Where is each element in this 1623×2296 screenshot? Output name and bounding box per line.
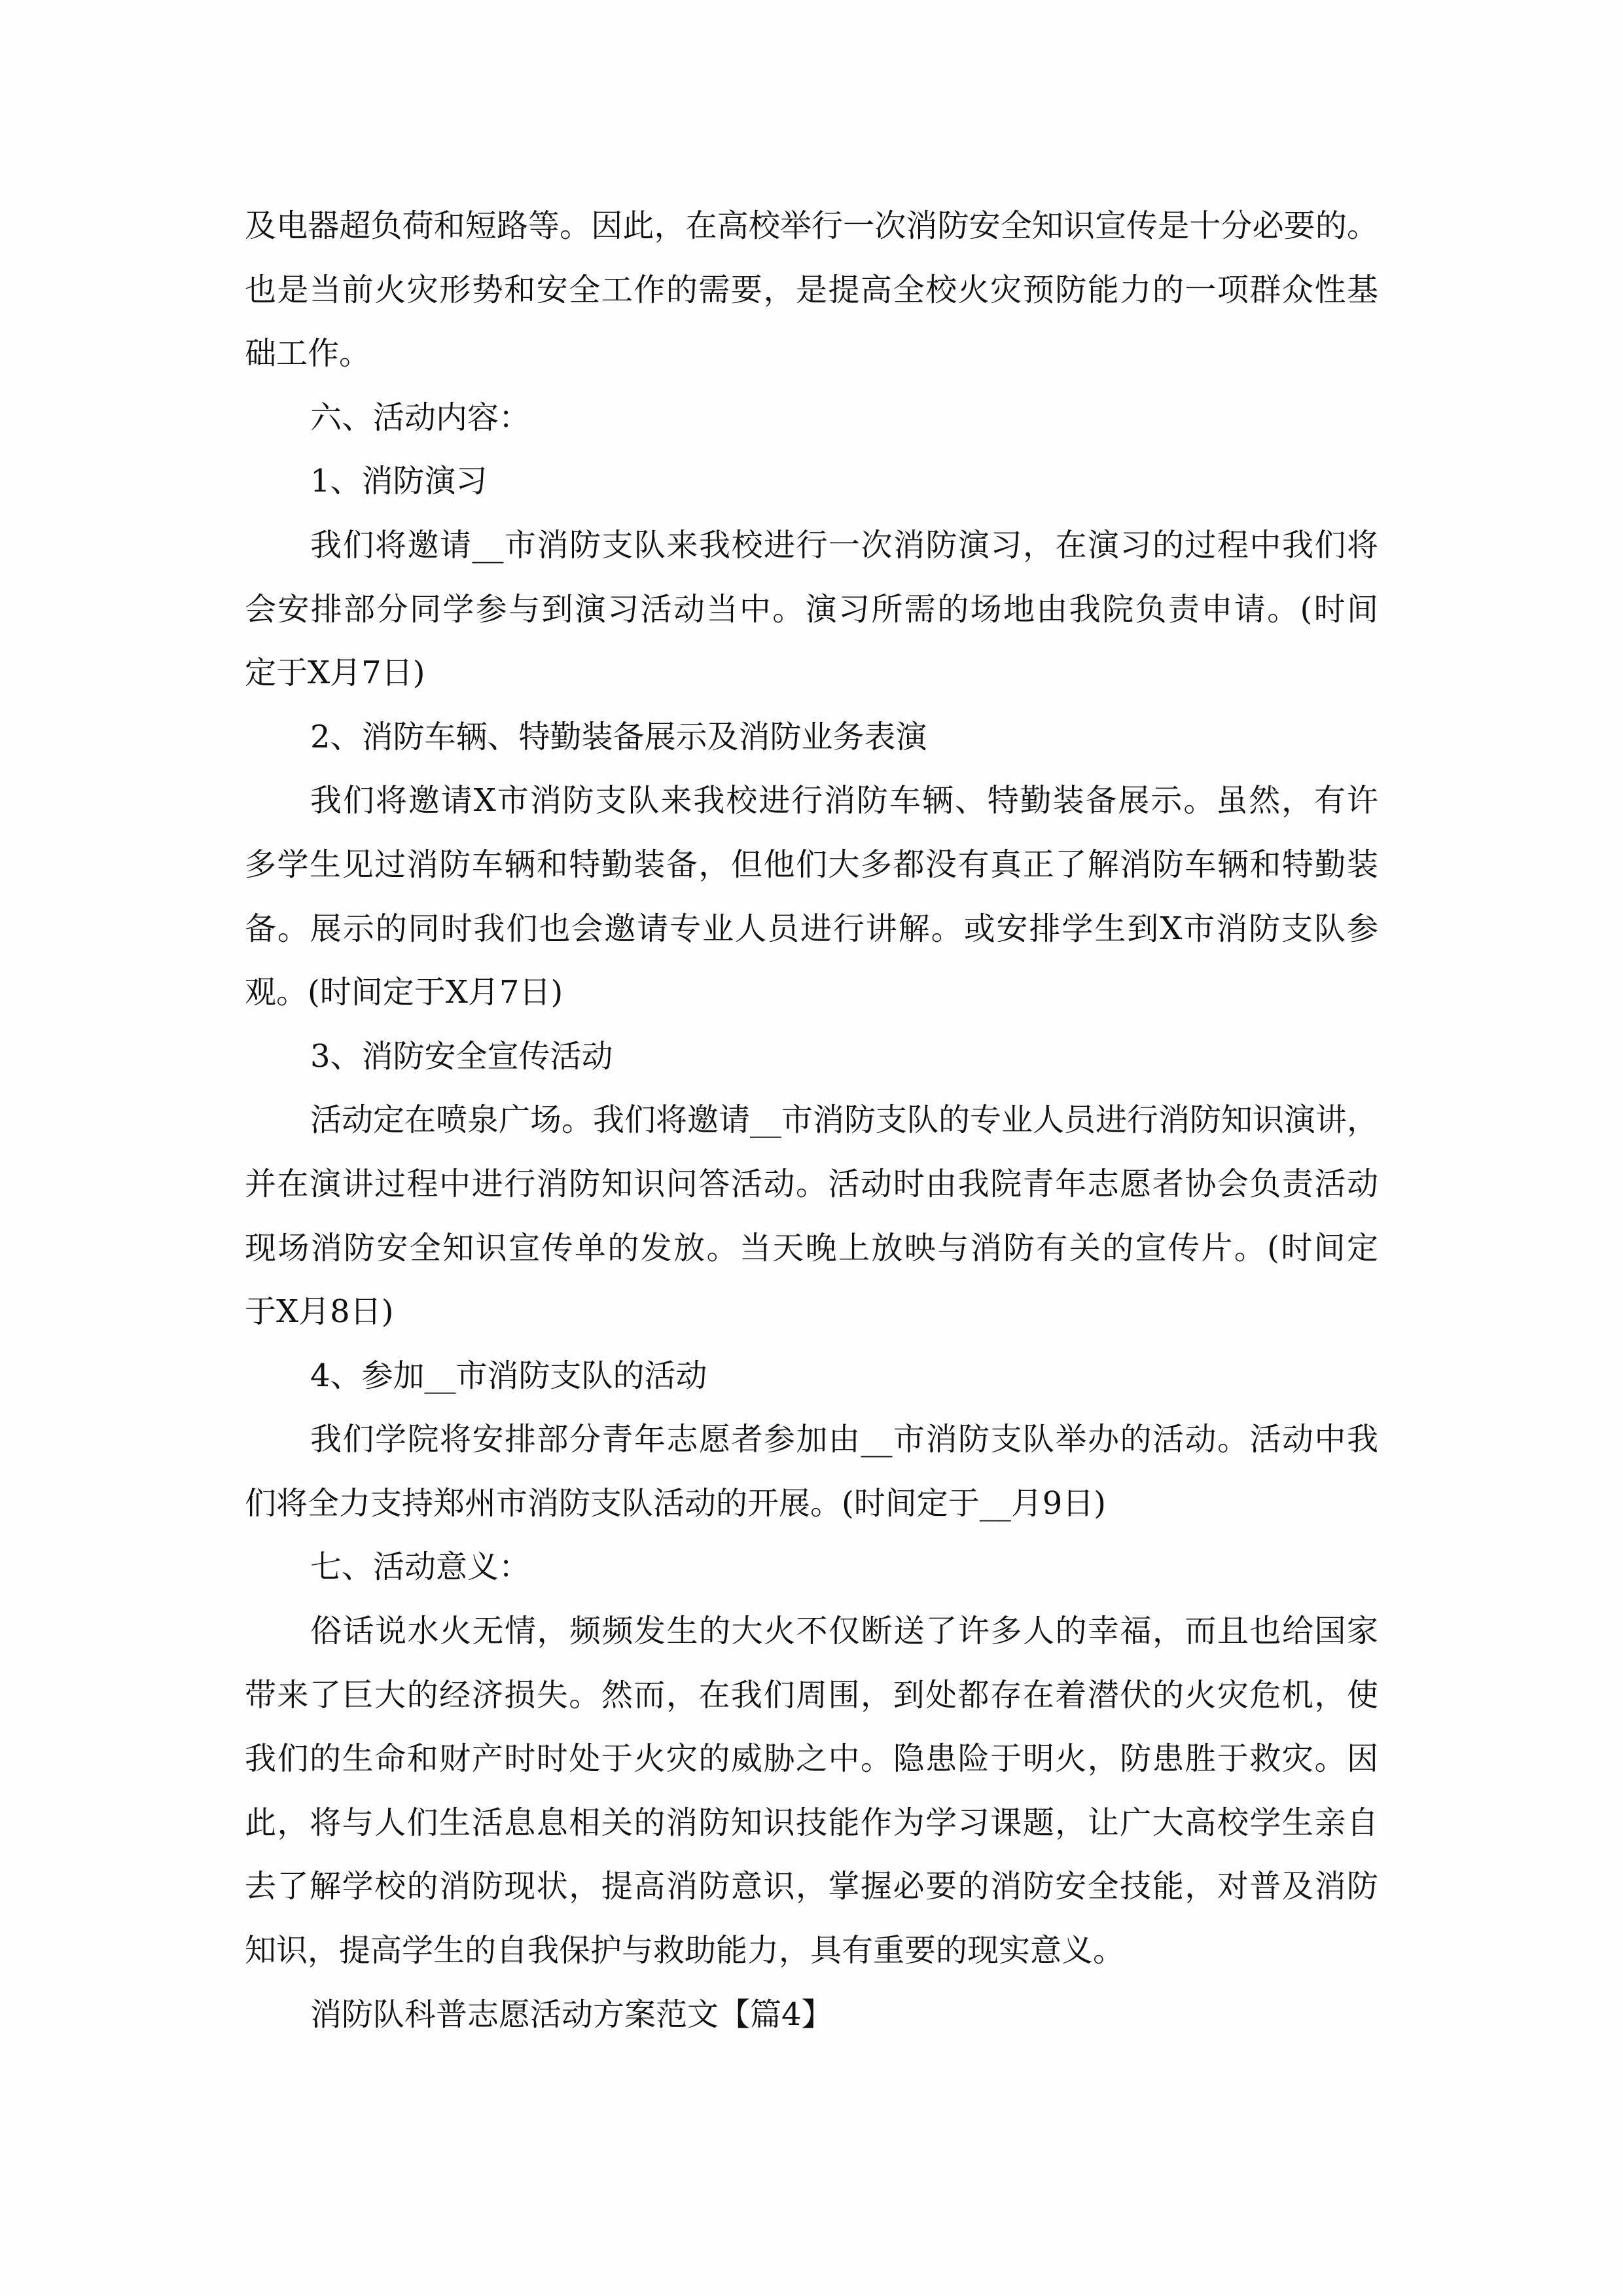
paragraph-line: 定于X月7日) — [245, 641, 1378, 706]
paragraph-line: 也是当前火灾形势和安全工作的需要，是提高全校火灾预防能力的一项群众性基 — [245, 259, 1378, 323]
subheading-safety-publicity: 3、消防安全宣传活动 — [245, 1025, 1378, 1089]
paragraph-line: 我们将邀请X市消防支队来我校进行消防车辆、特勤装备展示。虽然，有许 — [245, 769, 1378, 833]
paragraph-line: 我们将邀请__市消防支队来我校进行一次消防演习，在演习的过程中我们将 — [245, 514, 1378, 578]
paragraph-line: 我们的生命和财产时时处于火灾的威胁之中。隐患险于明火，防患胜于救灾。因 — [245, 1727, 1378, 1791]
paragraph-line: 活动定在喷泉广场。我们将邀请__市消防支队的专业人员进行消防知识演讲， — [245, 1088, 1378, 1153]
subheading-fire-drill: 1、消防演习 — [245, 450, 1378, 514]
paragraph-line: 们将全力支持郑州市消防支队活动的开展。(时间定于__月9日) — [245, 1472, 1378, 1536]
section-heading-significance: 七、活动意义： — [245, 1535, 1378, 1600]
section-heading-activity-content: 六、活动内容： — [245, 386, 1378, 450]
paragraph-line: 俗话说水火无情，频频发生的大火不仅断送了许多人的幸福，而且也给国家 — [245, 1600, 1378, 1664]
paragraph-line: 及电器超负荷和短路等。因此，在高校举行一次消防安全知识宣传是十分必要的。 — [245, 194, 1378, 259]
paragraph-line: 去了解学校的消防现状，提高消防意识，掌握必要的消防安全技能，对普及消防 — [245, 1855, 1378, 1919]
paragraph-line: 于X月8日) — [245, 1280, 1378, 1344]
paragraph-line: 知识，提高学生的自我保护与救助能力，具有重要的现实意义。 — [245, 1919, 1378, 1983]
paragraph-line: 观。(时间定于X月7日) — [245, 961, 1378, 1025]
paragraph-line: 并在演讲过程中进行消防知识问答活动。活动时由我院青年志愿者协会负责活动 — [245, 1153, 1378, 1217]
paragraph-line: 此，将与人们生活息息相关的消防知识技能作为学习课题，让广大高校学生亲自 — [245, 1791, 1378, 1856]
paragraph-line: 础工作。 — [245, 322, 1378, 386]
subheading-join-activity: 4、参加__市消防支队的活动 — [245, 1344, 1378, 1408]
article-title-part-4: 消防队科普志愿活动方案范文【篇4】 — [245, 1983, 1378, 2047]
paragraph-line: 备。展示的同时我们也会邀请专业人员进行讲解。或安排学生到X市消防支队参 — [245, 897, 1378, 961]
paragraph-line: 多学生见过消防车辆和特勤装备，但他们大多都没有真正了解消防车辆和特勤装 — [245, 833, 1378, 897]
document-page: 及电器超负荷和短路等。因此，在高校举行一次消防安全知识宣传是十分必要的。 也是当… — [0, 0, 1623, 2296]
paragraph-line: 我们学院将安排部分青年志愿者参加由__市消防支队举办的活动。活动中我 — [245, 1408, 1378, 1472]
body-text: 及电器超负荷和短路等。因此，在高校举行一次消防安全知识宣传是十分必要的。 也是当… — [245, 194, 1378, 2047]
paragraph-line: 带来了巨大的经济损失。然而，在我们周围，到处都存在着潜伏的火灾危机，使 — [245, 1664, 1378, 1728]
subheading-vehicle-display: 2、消防车辆、特勤装备展示及消防业务表演 — [245, 706, 1378, 770]
paragraph-line: 现场消防安全知识宣传单的发放。当天晚上放映与消防有关的宣传片。(时间定 — [245, 1217, 1378, 1281]
paragraph-line: 会安排部分同学参与到演习活动当中。演习所需的场地由我院负责申请。(时间 — [245, 578, 1378, 642]
